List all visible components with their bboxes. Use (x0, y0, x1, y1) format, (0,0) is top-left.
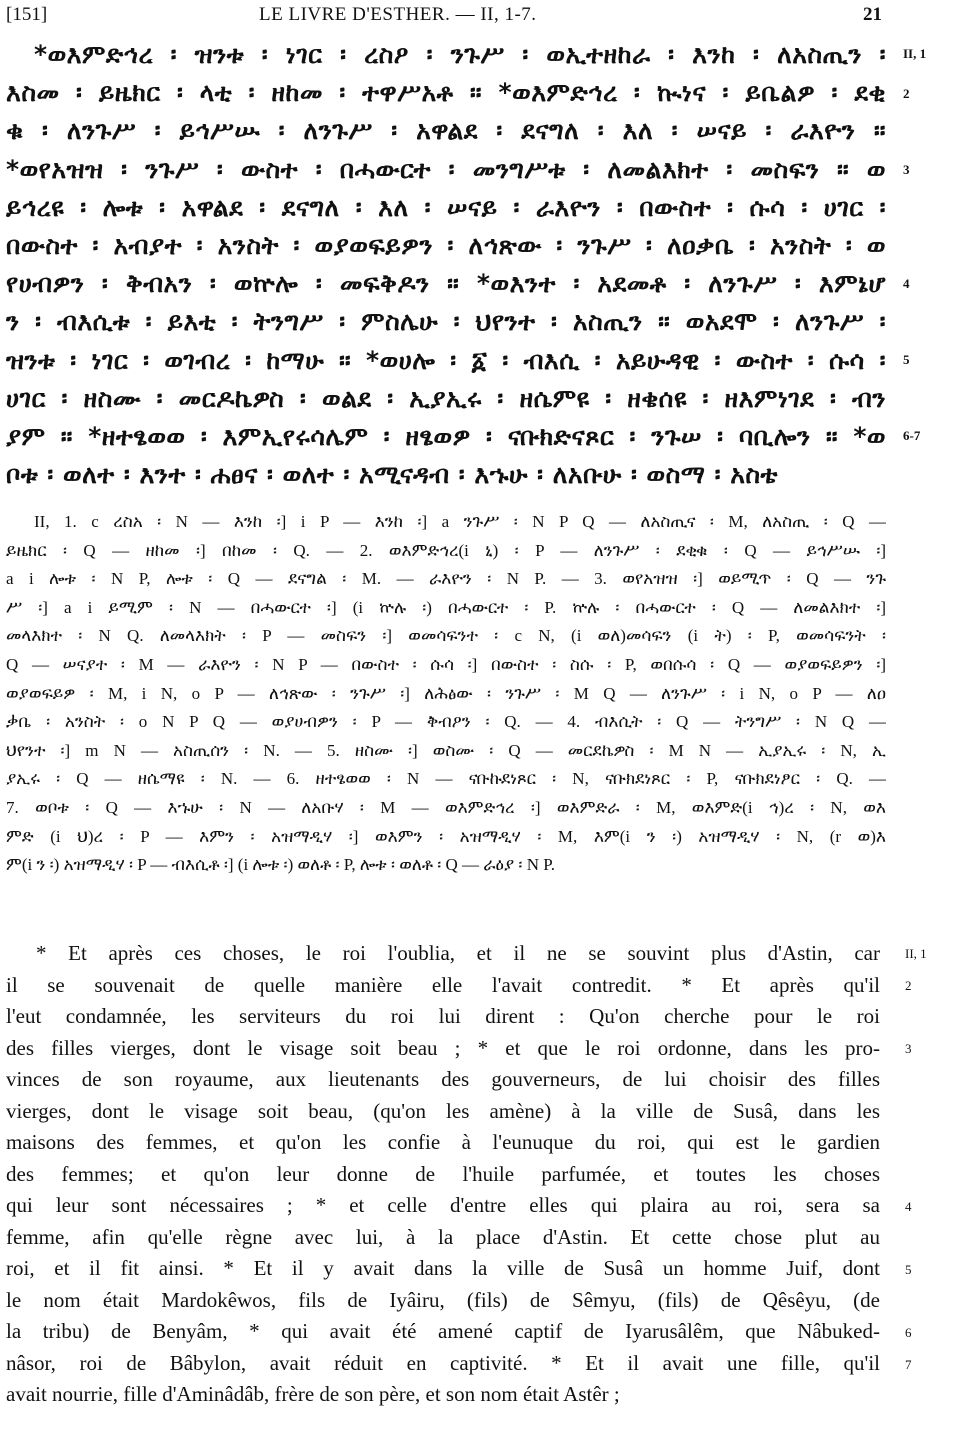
critical-apparatus: II, 1. c ረስአ ፡ N — እንከ ፡] i P — እንከ ፡] a… (6, 508, 886, 880)
apparatus-line: ም(i ን ፡) አዝማዲሃ ፡ P — ብእሲቶ ፡] (i ሎቱ ፡) ወለ… (6, 851, 886, 880)
translation-verse-margin: II, 1 2 3 4 5 6 7 (893, 938, 953, 1418)
verse-marker: 7 (905, 1357, 912, 1373)
apparatus-line: ያኢሩ ፡ Q — ዘሴማዩ ፡ N. — 6. ዘተፄወወ ፡ N — ናቡኩ… (6, 765, 886, 794)
verse-marker: 2 (905, 978, 912, 994)
apparatus-line: መላእክተ ፡ N Q. ለመላእክት ፡ P — መስፍን ፡] ወመሳፍንተ… (6, 622, 886, 651)
geez-line: የሀብዎን ፡ ቅብአን ፡ ወኵሎ ፡ መፍቅዶን ። *ወእንተ ፡ አደመ… (6, 265, 886, 303)
verse-marker: 5 (903, 352, 910, 368)
translation-line: l'eut condamnée, les serviteurs du roi l… (6, 1001, 880, 1033)
geez-verse-margin: II, 1 2 3 4 5 6-7 (893, 36, 953, 496)
page-number: 21 (863, 4, 882, 26)
translation-line: la tribu) de Benyâm, * qui avait été ame… (6, 1316, 880, 1348)
running-header: [151] LE LIVRE D'ESTHER. — II, 1-7. 21 (6, 4, 946, 28)
translation-line: le nom était Mardokêwos, fils de Iyâiru,… (6, 1285, 880, 1317)
apparatus-line: ሥ ፡] a i ይሚም ፡ N — በሓውርተ ፡] (i ኵሉ ፡) በሓው… (6, 594, 886, 623)
apparatus-line: a i ሎቱ ፡ N P, ሎቱ ፡ Q — ደናግል ፡ M. — ራእዮን … (6, 565, 886, 594)
geez-line: እስመ ፡ ይዜክር ፡ ላቲ ፡ ዘከመ ፡ ተዋሥአቶ ። *ወእምድኅረ … (6, 74, 886, 112)
translation-line: il se souvenait de quelle manière elle l… (6, 970, 880, 1002)
apparatus-line: 7. ወቦቱ ፡ Q — እኁሁ ፡ N — ለአቡሃ ፡ M — ወእምድኅረ… (6, 794, 886, 823)
geez-line: ሀገር ፡ ዘስሙ ፡ መርዶኬዎስ ፡ ወልደ ፡ ኢያኢሩ ፡ ዘሴምዩ ፡… (6, 380, 886, 418)
verse-marker: 6-7 (903, 428, 920, 444)
translation-line: roi, et il fit ainsi. * Et il y avait da… (6, 1253, 880, 1285)
apparatus-line: ይዜክር ፡ Q — ዘከመ ፡] በከመ ፡ Q. — 2. ወእምድኅረ(i… (6, 537, 886, 566)
apparatus-line: ቃቤ ፡ አንስት ፡ o N P Q — ወያሀብዎን ፡ P — ቅብዖን … (6, 708, 886, 737)
apparatus-line: ምድ (i ህ)ረ ፡ P — እምን ፡ አዝማዲሃ ፡] ወእምን ፡ አዝ… (6, 823, 886, 852)
verse-marker: 2 (903, 86, 910, 102)
verse-marker: II, 1 (905, 946, 927, 962)
geez-line: ን ፡ ብእሲቱ ፡ ይእቲ ፡ ትንግሥ ፡ ምስሌሁ ፡ ህየንተ ፡ አስ… (6, 303, 886, 341)
verse-marker: 5 (905, 1262, 912, 1278)
translation-line: femme, afin qu'elle règne avec lui, à la… (6, 1222, 880, 1254)
translation-line: des filles vierges, dont le visage soit … (6, 1033, 880, 1065)
translation-line: vinces de son royaume, aux lieutenants d… (6, 1064, 880, 1096)
apparatus-line: ህየንተ ፡] m N — አስጢሰን ፡ N. — 5. ዘስሙ ፡] ወስሙ… (6, 737, 886, 766)
apparatus-line: ወያወፍይዎ ፡ M, i N, o P — ለኅጽው ፡ ንጉሥ ፡] ለሕፅ… (6, 680, 886, 709)
running-title: LE LIVRE D'ESTHER. — II, 1-7. (259, 4, 537, 26)
geez-line: ዝንቱ ፡ ነገር ፡ ወገብረ ፡ ከማሁ ። *ወሀሎ ፡ ፩ ፡ ብእሲ … (6, 342, 886, 380)
verse-marker: II, 1 (903, 46, 926, 62)
geez-text-block: *ወእምድኅረ ፡ ዝንቱ ፡ ነገር ፡ ረስዖ ፡ ንጉሥ ፡ ወኢተዘከራ… (6, 36, 886, 494)
verse-marker: 4 (905, 1199, 912, 1215)
translation-line: qui leur sont nécessaires ; * et celle d… (6, 1190, 880, 1222)
translation-line: maisons des femmes, et qu'on les confie … (6, 1127, 880, 1159)
translation-line: avait nourrie, fille d'Aminâdâb, frère d… (6, 1379, 880, 1411)
geez-line: ቦቱ ፡ ወለተ ፡ እንተ ፡ ሐፀና ፡ ወለተ ፡ አሚናዳብ ፡ እኁሁ… (6, 456, 886, 494)
verse-marker: 6 (905, 1325, 912, 1341)
verse-marker: 3 (905, 1041, 912, 1057)
translation-line: des femmes; et qu'on leur donne de l'hui… (6, 1159, 880, 1191)
geez-line: ያም ። *ዘተፄወወ ፡ እምኢየሩሳሌም ፡ ዘፄወዎ ፡ ናቡክድናጾር … (6, 418, 886, 456)
apparatus-line: Q — ሠናያተ ፡ M — ራእዮን ፡ N P — በውስተ ፡ ሱሳ ፡]… (6, 651, 886, 680)
geez-line: በውስተ ፡ አብያተ ፡ አንስት ፡ ወያወፍይዎን ፡ ለኅጽው ፡ ንጉ… (6, 227, 886, 265)
geez-line: ቁ ፡ ለንጉሥ ፡ ይኅሥሡ ፡ ለንጉሥ ፡ አዋልደ ፡ ደናግለ ፡ እ… (6, 112, 886, 150)
geez-line: *ወእምድኅረ ፡ ዝንቱ ፡ ነገር ፡ ረስዖ ፡ ንጉሥ ፡ ወኢተዘከራ… (6, 36, 886, 74)
translation-line: * Et après ces choses, le roi l'oublia, … (6, 938, 880, 970)
verse-marker: 4 (903, 276, 910, 292)
verse-marker: 3 (903, 162, 910, 178)
translation-line: vierges, dont le visage soit beau, (qu'o… (6, 1096, 880, 1128)
geez-line: ይኅረዩ ፡ ሎቱ ፡ አዋልደ ፡ ደናግለ ፡ እለ ፡ ሠናይ ፡ ራእዮ… (6, 189, 886, 227)
folio-number: [151] (6, 4, 47, 26)
geez-line: *ወየአዝዝ ፡ ንጉሥ ፡ ውስተ ፡ በሓውርተ ፡ መንግሥቱ ፡ ለመል… (6, 151, 886, 189)
apparatus-line: II, 1. c ረስአ ፡ N — እንከ ፡] i P — እንከ ፡] a… (6, 508, 886, 537)
french-translation: * Et après ces choses, le roi l'oublia, … (6, 938, 880, 1411)
translation-line: nâsor, roi de Bâbylon, avait réduit en c… (6, 1348, 880, 1380)
